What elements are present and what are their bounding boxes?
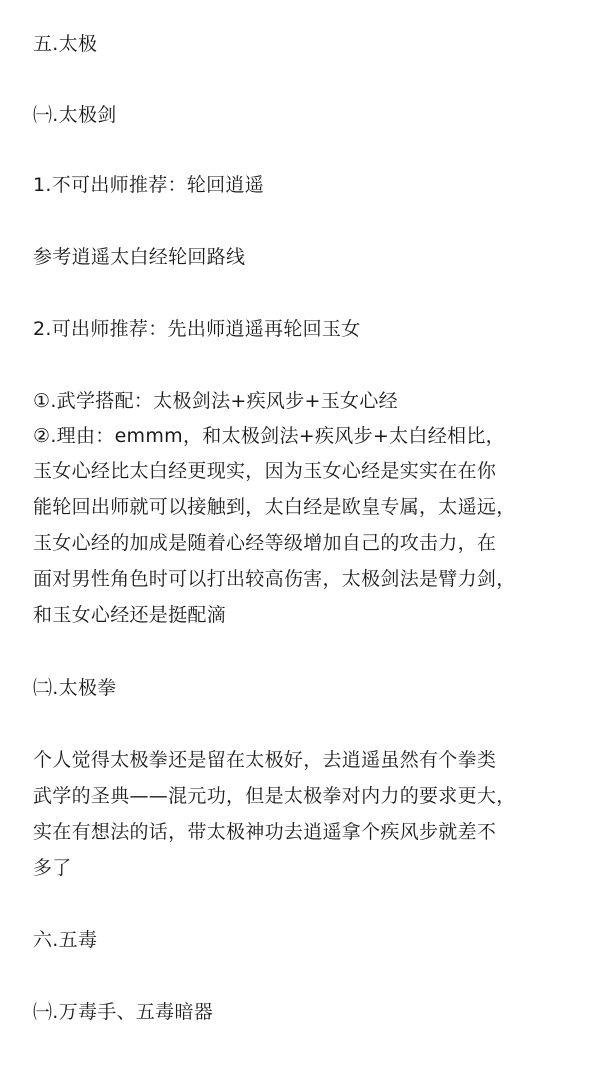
reason-paragraph-line: 玉女心经比太白经更现实，因为玉女心经是实实在在你 bbox=[33, 453, 496, 489]
section-heading-taiji: 五.太极 bbox=[33, 26, 97, 62]
martial-arts-combo: ①.武学搭配：太极剑法+疾风步+玉女心经 bbox=[33, 383, 398, 419]
fist-paragraph-line: 个人觉得太极拳还是留在太极好，去逍遥虽然有个拳类 bbox=[33, 742, 496, 778]
subsection-heading-taiji-fist: ㈡.太极拳 bbox=[33, 670, 117, 706]
recommendation-graduation: 2.可出师推荐：先出师逍遥再轮回玉女 bbox=[33, 311, 361, 347]
reason-paragraph-line: 能轮回出师就可以接触到，太白经是欧皇专属，太遥远， bbox=[33, 489, 516, 525]
fist-paragraph-line: 实在有想法的话，带太极神功去逍遥拿个疾风步就差不 bbox=[33, 814, 496, 850]
subsection-heading-taiji-sword: ㈠.太极剑 bbox=[33, 97, 117, 133]
section-heading-wudu: 六.五毒 bbox=[33, 922, 97, 958]
reason-paragraph-line: 和玉女心经还是挺配滴 bbox=[33, 597, 226, 633]
fist-paragraph-line: 武学的圣典——混元功，但是太极拳对内力的要求更大， bbox=[33, 778, 516, 814]
reason-paragraph-line: ②.理由：emmm，和太极剑法+疾风步+太白经相比， bbox=[33, 418, 505, 454]
paragraph-reference-route: 参考逍遥太白经轮回路线 bbox=[33, 239, 245, 275]
reason-paragraph-line: 玉女心经的加成是随着心经等级增加自己的攻击力，在 bbox=[33, 525, 496, 561]
fist-paragraph-line: 多了 bbox=[33, 850, 72, 886]
subsection-heading-wudu-hand-hidden-weapon: ㈠.万毒手、五毒暗器 bbox=[33, 994, 213, 1030]
reason-paragraph-line: 面对男性角色时可以打出较高伤害，太极剑法是臂力剑， bbox=[33, 561, 516, 597]
recommendation-no-graduation: 1.不可出师推荐：轮回逍遥 bbox=[33, 167, 264, 203]
